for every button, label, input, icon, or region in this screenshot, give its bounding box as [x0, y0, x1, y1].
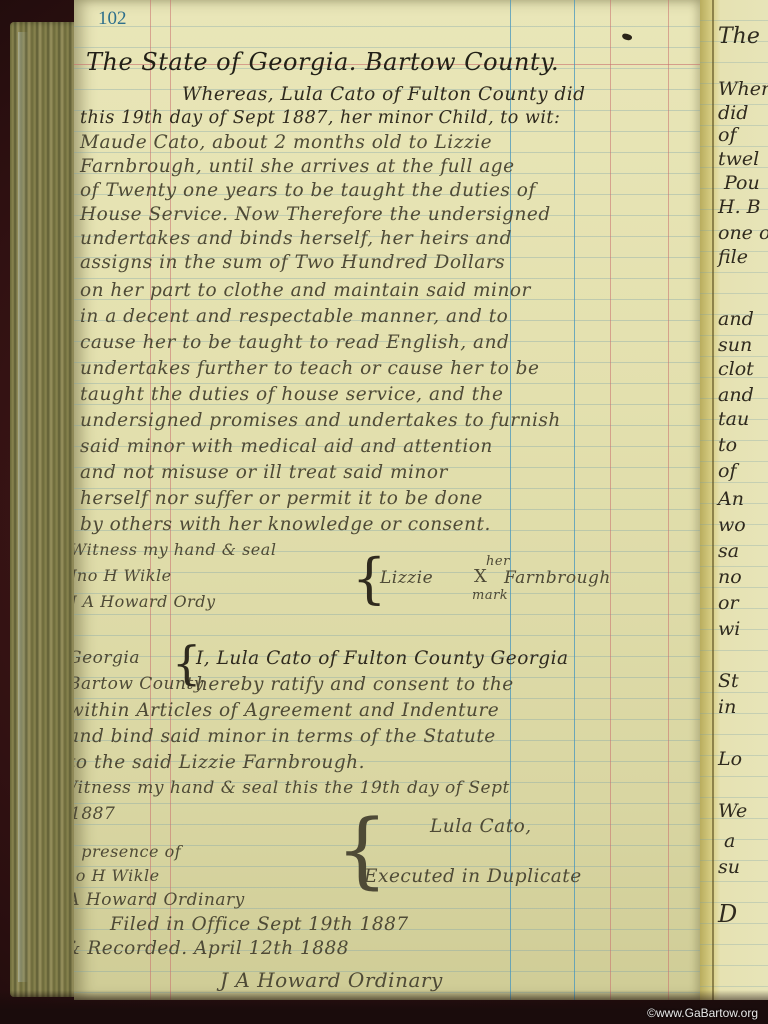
page-number: 102: [98, 8, 127, 30]
filed-line: Filed in Office Sept 19th 1887: [110, 914, 409, 935]
column-line-3: [610, 0, 611, 1000]
facing-line: file: [718, 246, 748, 268]
facing-line: The: [718, 24, 760, 49]
witness-name: Jno H Wikle: [74, 566, 172, 585]
facing-line: wi: [718, 618, 740, 640]
facing-line: Wher: [718, 78, 768, 100]
copyright-watermark: ©www.GaBartow.org: [647, 1006, 758, 1020]
facing-line: or: [718, 592, 739, 614]
indenture-line: undersigned promises and undertakes to f…: [80, 410, 561, 431]
ledger-photo: 102 The State of Georgia. Bartow County.…: [0, 0, 768, 1024]
indenture-line: on her part to clothe and maintain said …: [80, 280, 531, 301]
signatory-first-name: Lizzie: [380, 568, 433, 588]
facing-line: no: [718, 566, 742, 588]
facing-line: Pou: [724, 172, 760, 194]
consent-line: within Articles of Agreement and Indentu…: [74, 700, 499, 721]
executed-note: Executed in Duplicate: [364, 866, 582, 887]
facing-page: The Wher did of twel Pou H. B one of fil…: [700, 0, 768, 1000]
facing-line: twel: [718, 148, 759, 170]
facing-line: D: [718, 900, 737, 928]
indenture-line: and not misuse or ill treat said minor: [80, 462, 448, 483]
ledger-page: 102 The State of Georgia. Bartow County.…: [74, 0, 700, 1000]
facing-line: did: [718, 102, 748, 124]
column-line-2: [574, 0, 575, 1000]
consent-line: to the said Lizzie Farnbrough.: [74, 752, 365, 773]
facing-line: Lo: [718, 748, 742, 770]
facing-line: su: [718, 856, 740, 878]
facing-line: tau: [718, 408, 749, 430]
facing-line: H. B: [718, 196, 761, 218]
indenture-line: Farnbrough, until she arrives at the ful…: [80, 156, 515, 177]
facing-line: a: [724, 830, 735, 852]
mark-label: mark: [472, 588, 508, 603]
indenture-line: undertakes further to teach or cause her…: [80, 358, 539, 379]
indenture-line: of Twenty one years to be taught the dut…: [80, 180, 536, 201]
consent-line: I, Lula Cato of Fulton County Georgia: [196, 648, 569, 669]
page-gutter: [712, 0, 714, 1000]
mark-her-label: her: [486, 554, 510, 569]
signature-mark: X: [474, 566, 487, 587]
indenture-line: herself nor suffer or permit it to be do…: [80, 488, 483, 509]
document-heading: The State of Georgia. Bartow County.: [86, 48, 559, 76]
indenture-line: by others with her knowledge or consent.: [80, 514, 491, 535]
witness-name: J A Howard Ordinary: [74, 890, 245, 910]
recorded-line: & Recorded. April 12th 1888: [74, 938, 349, 959]
signatory-last-name: Farnbrough: [504, 568, 611, 588]
column-line-4: [668, 0, 669, 1000]
indenture-line: in a decent and respectable manner, and …: [80, 306, 508, 327]
facing-line: clot: [718, 358, 754, 380]
consent-year: 1887: [74, 804, 115, 824]
consent-heading-state: Georgia: [74, 648, 140, 668]
indenture-line: House Service. Now Therefore the undersi…: [80, 204, 551, 225]
indenture-line: taught the duties of house service, and …: [80, 384, 503, 405]
book-page-edges: [10, 22, 82, 997]
indenture-line: Whereas, Lula Cato of Fulton County did: [182, 84, 586, 105]
facing-line: We: [718, 800, 747, 822]
indenture-line: cause her to be taught to read English, …: [80, 332, 509, 353]
indenture-line: Maude Cato, about 2 months old to Lizzie: [80, 132, 492, 153]
witness-name: Jno H Wikle: [74, 866, 160, 885]
witness-name: J A Howard Ordy: [74, 592, 215, 611]
facing-line: wo: [718, 514, 746, 536]
facing-line: of: [718, 460, 736, 482]
indenture-line: said minor with medical aid and attentio…: [80, 436, 493, 457]
facing-line: and: [718, 384, 754, 406]
indenture-line: undertakes and binds herself, her heirs …: [80, 228, 512, 249]
facing-line: sun: [718, 334, 752, 356]
facing-line: An: [718, 488, 744, 510]
facing-line: St: [718, 670, 739, 692]
signatory-lula-cato: Lula Cato,: [430, 816, 532, 837]
consent-witness-line: Witness my hand & seal this the 19th day…: [74, 778, 510, 798]
indenture-line: this 19th day of Sept 1887, her minor Ch…: [80, 108, 560, 128]
presence-line: In presence of: [74, 842, 181, 861]
facing-line: one of: [718, 222, 768, 244]
facing-line: to: [718, 434, 737, 456]
facing-line: of: [718, 124, 736, 146]
consent-line: and bind said minor in terms of the Stat…: [74, 726, 496, 747]
consent-line: hereby ratify and consent to the: [196, 674, 514, 695]
indenture-line: assigns in the sum of Two Hundred Dollar…: [80, 252, 505, 273]
facing-line: and: [718, 308, 754, 330]
column-line-1: [510, 0, 511, 1000]
facing-line: in: [718, 696, 736, 718]
facing-line: sa: [718, 540, 739, 562]
witness-line: Witness my hand & seal: [74, 540, 276, 559]
recorder-signature: J A Howard Ordinary: [220, 968, 443, 992]
